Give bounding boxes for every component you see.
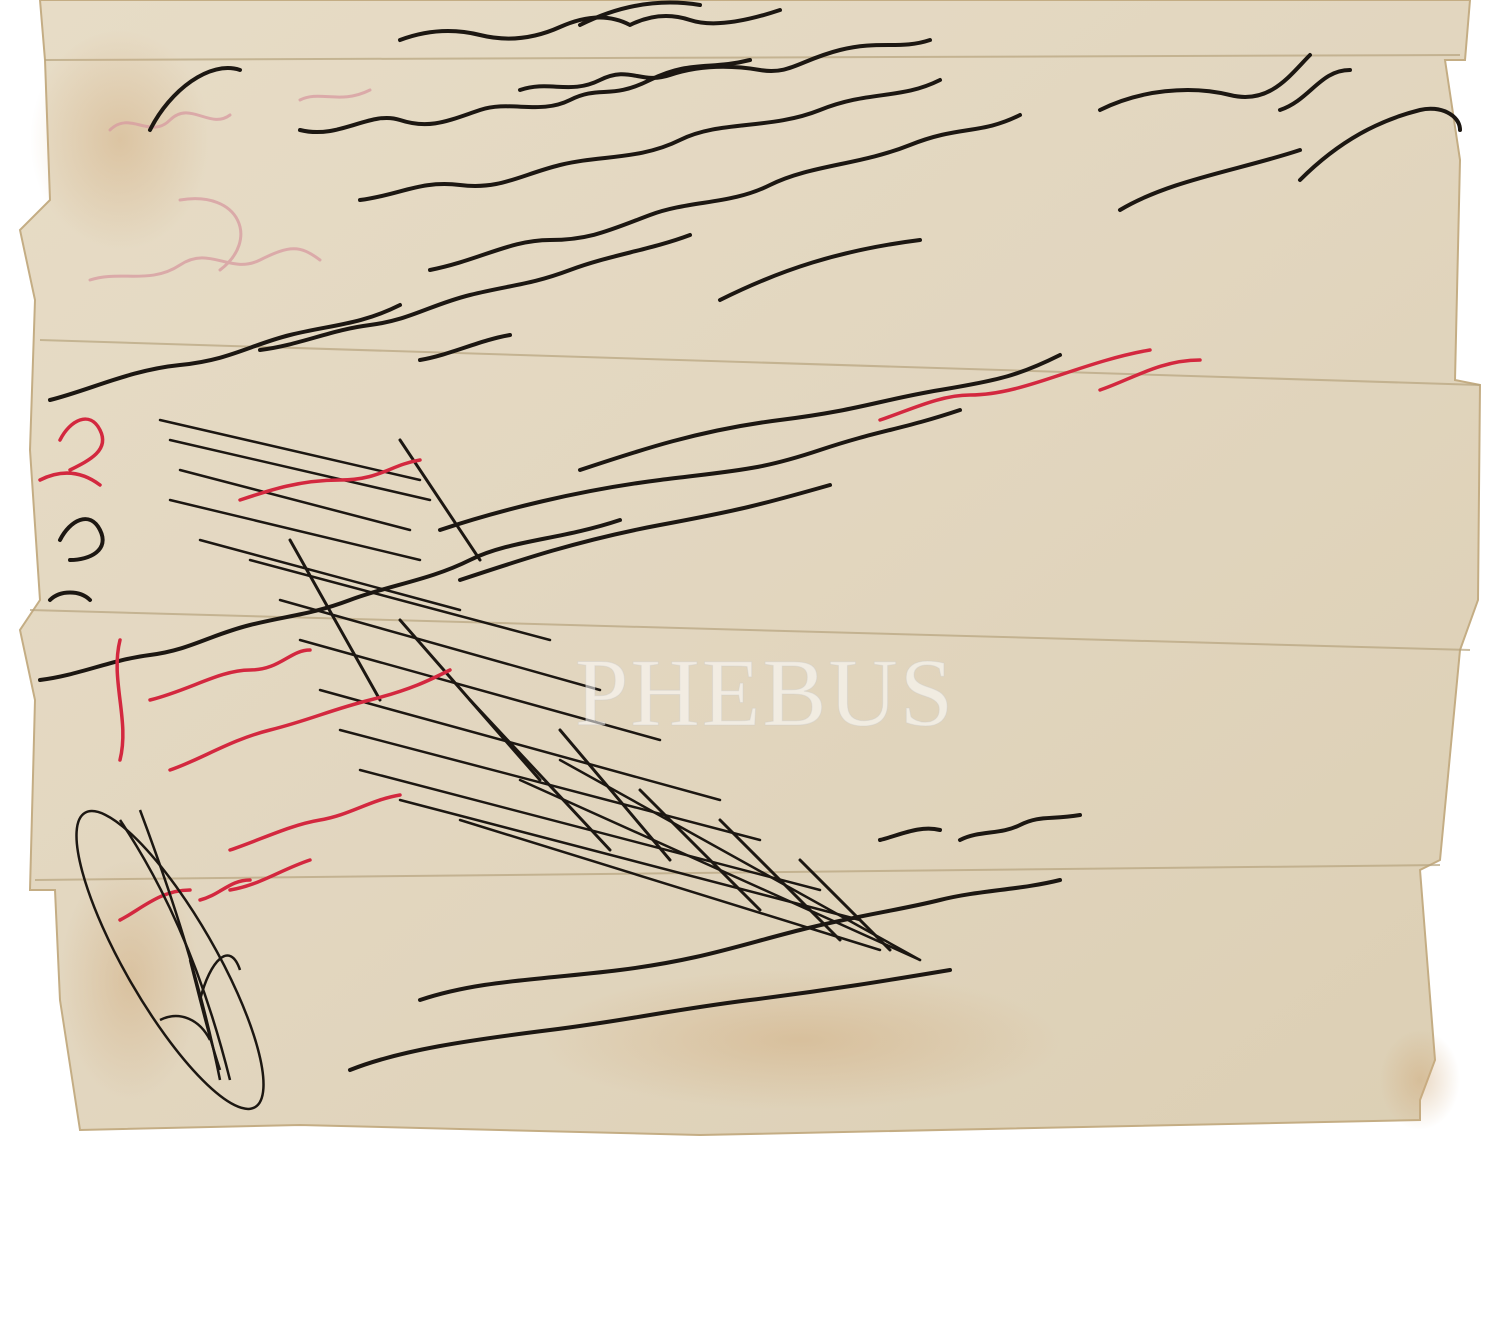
manuscript-photo: PHEBUS: [0, 0, 1500, 1332]
paper-sheet: [0, 0, 1500, 1332]
